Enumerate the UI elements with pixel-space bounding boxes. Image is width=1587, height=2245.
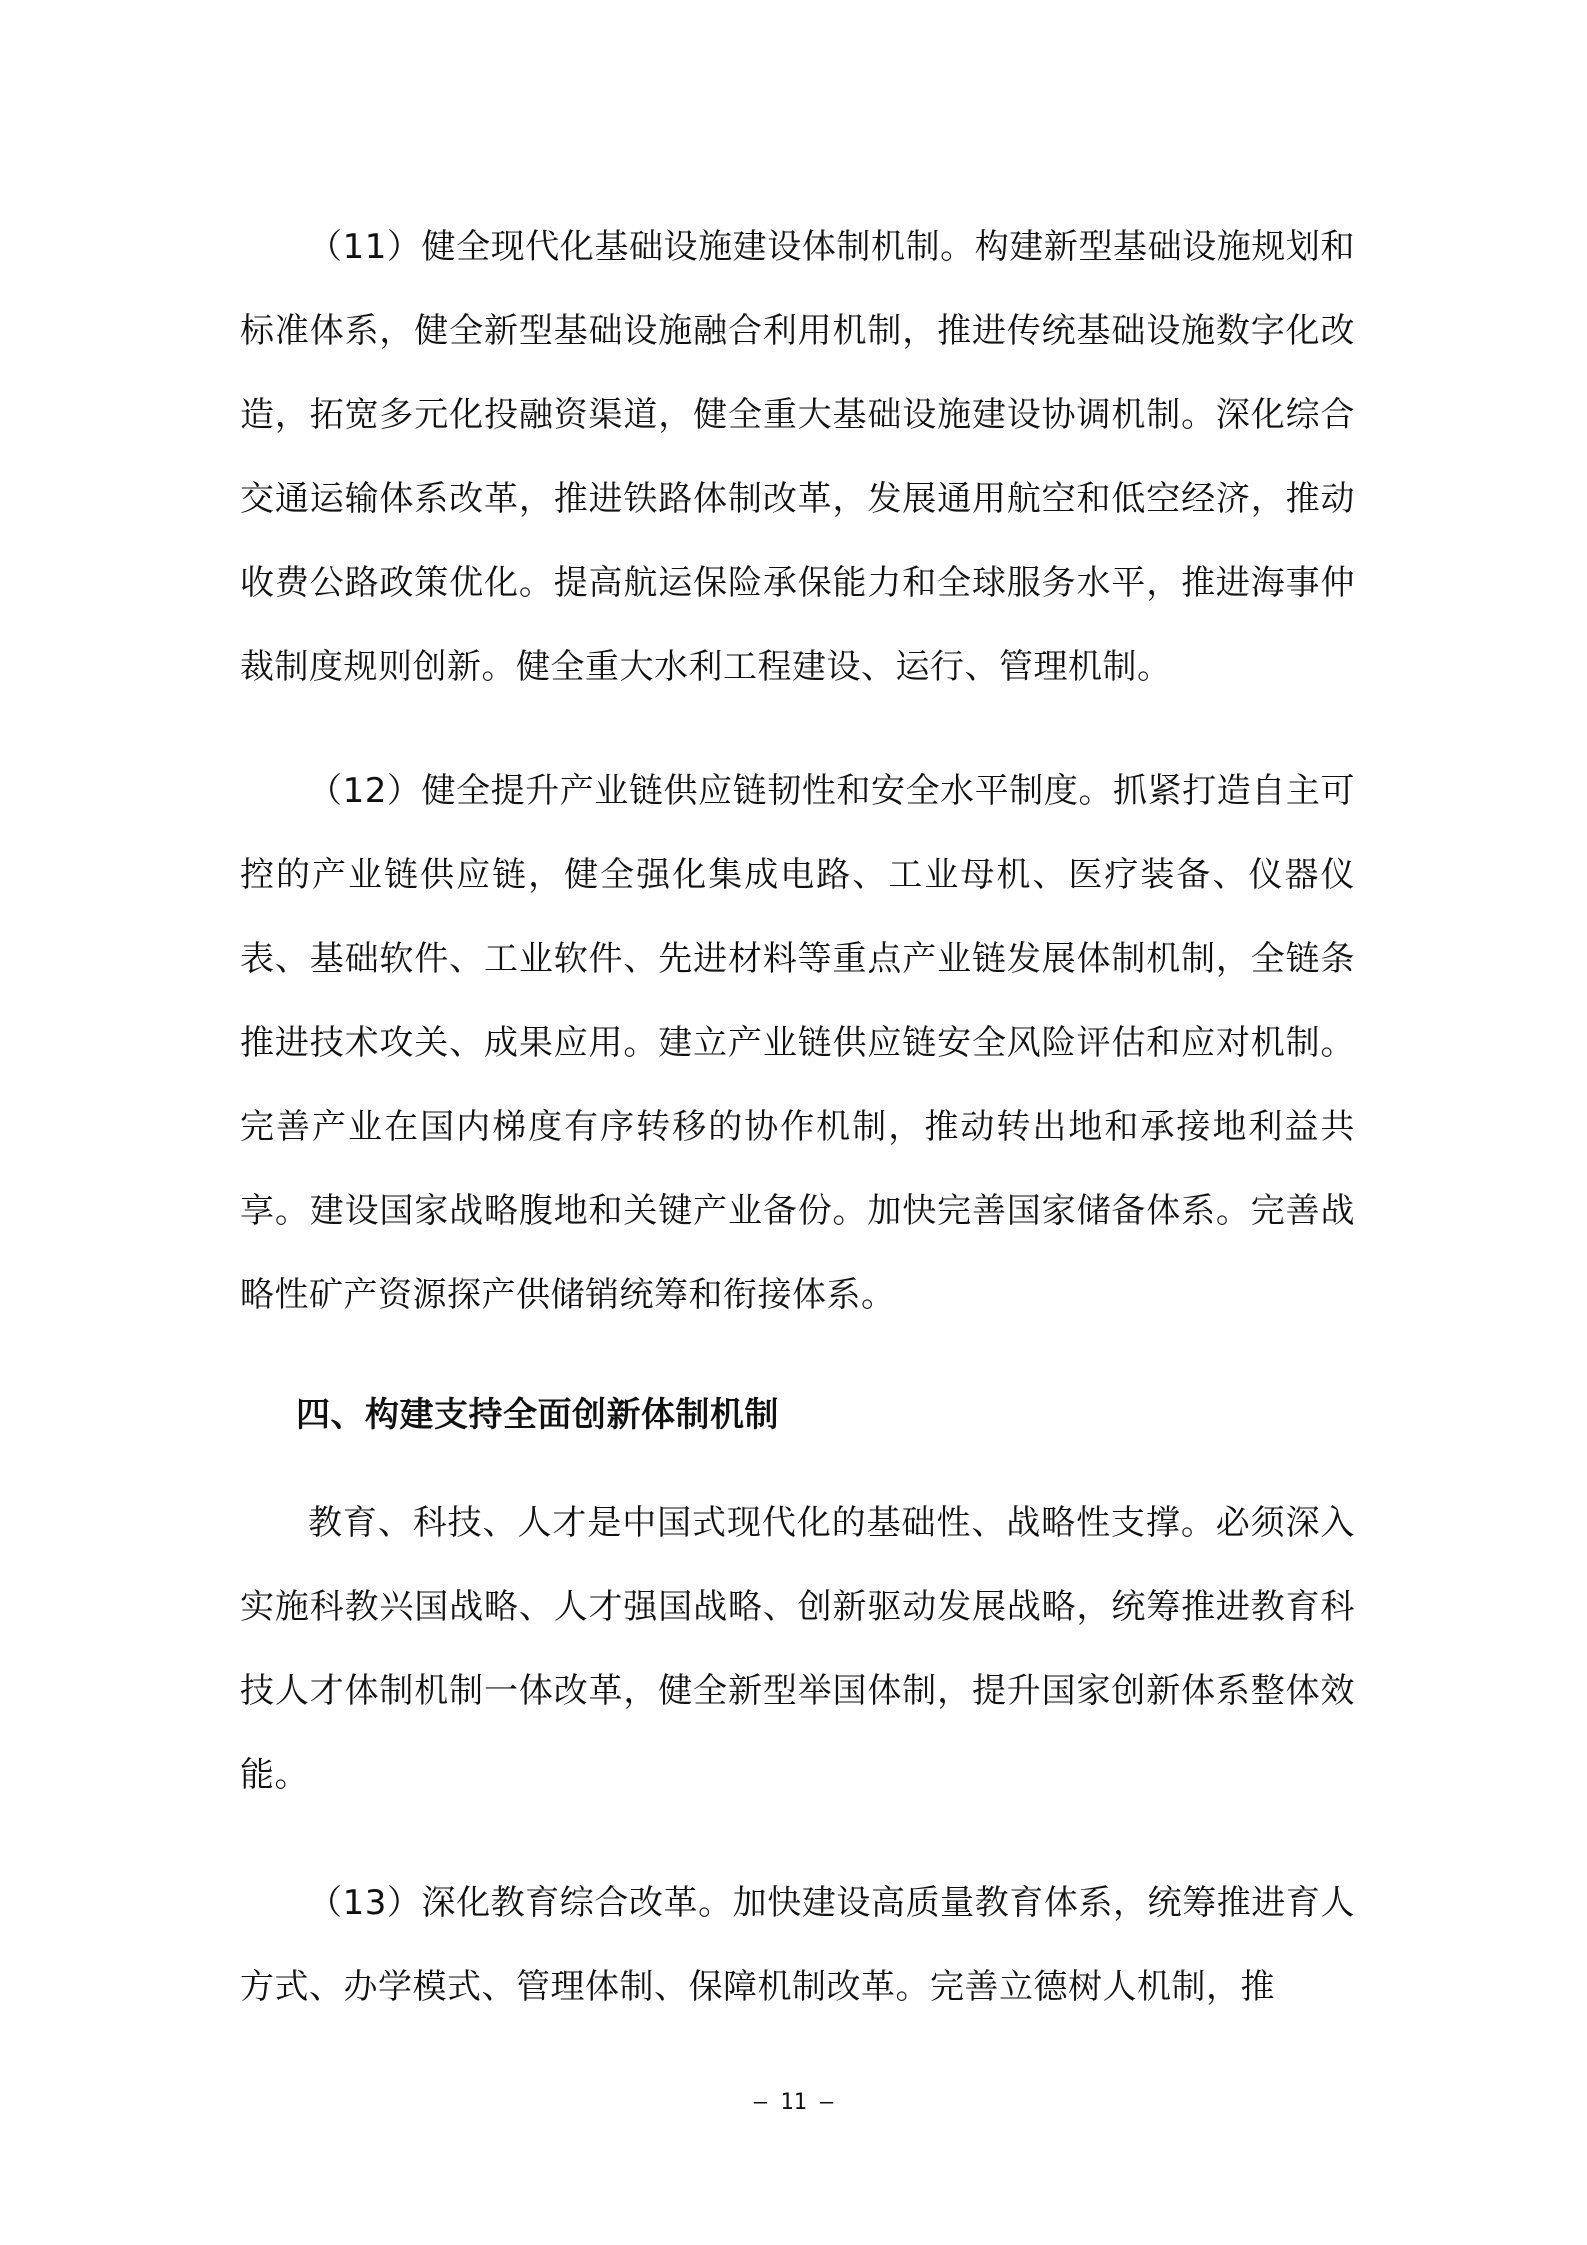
paragraph-12-supply-chain: （12）健全提升产业链供应链韧性和安全水平制度。抓紧打造自主可控的产业链供应链，… bbox=[240, 749, 1355, 1337]
section-intro-paragraph: 教育、科技、人才是中国式现代化的基础性、战略性支撑。必须深入实施科教兴国战略、人… bbox=[240, 1481, 1355, 1817]
paragraph-11-infrastructure: （11）健全现代化基础设施建设体制机制。构建新型基础设施规划和标准体系，健全新型… bbox=[240, 205, 1355, 709]
page-number: — 11 — bbox=[0, 2090, 1587, 2115]
paragraph-13-education: （13）深化教育综合改革。加快建设高质量教育体系，统筹推进育人方式、办学模式、管… bbox=[240, 1861, 1355, 2029]
section-heading: 四、构建支持全面创新体制机制 bbox=[240, 1373, 1355, 1457]
document-page: （11）健全现代化基础设施建设体制机制。构建新型基础设施规划和标准体系，健全新型… bbox=[240, 205, 1355, 2029]
